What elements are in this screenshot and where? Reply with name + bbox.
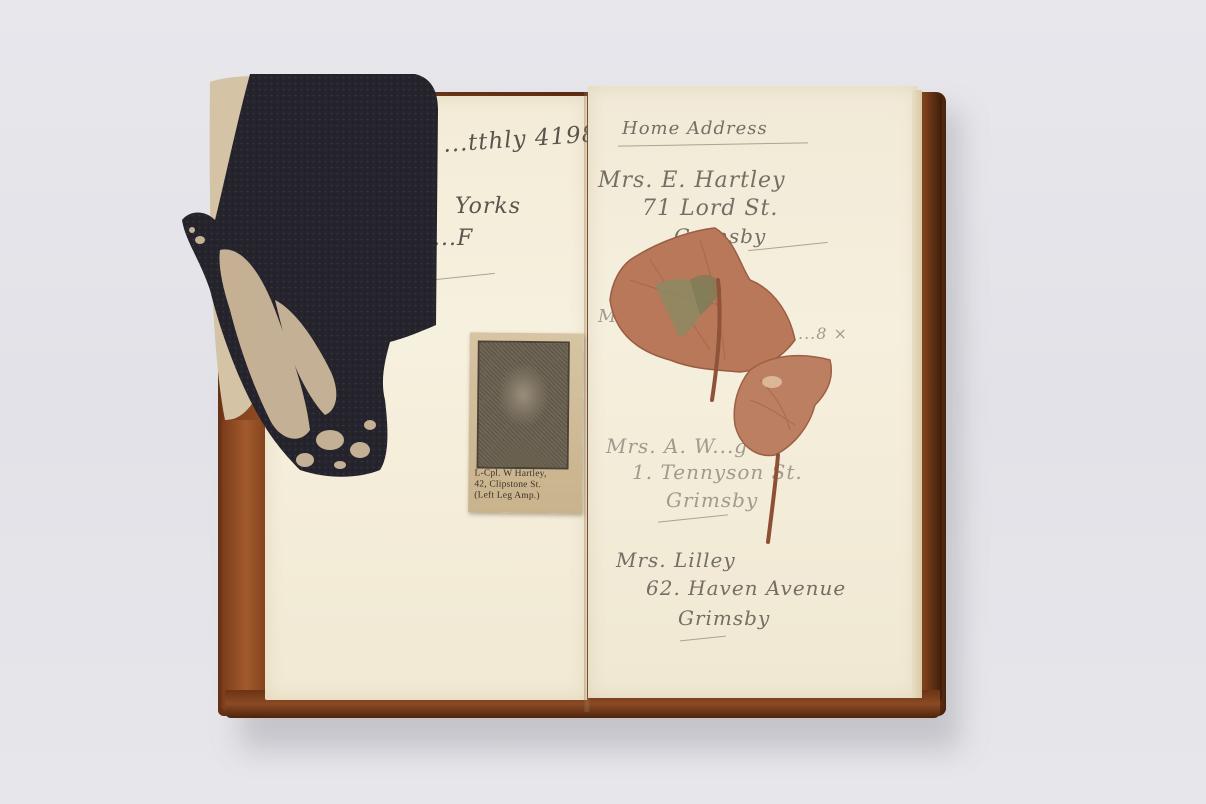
heading-underline xyxy=(618,142,808,146)
left-page-county: Yorks xyxy=(455,194,521,219)
entry-4-town: Grimsby xyxy=(678,606,770,630)
small-pressed-flower xyxy=(734,356,831,542)
entry-4-underline xyxy=(680,636,726,642)
newspaper-clipping: L-Cpl. W Hartley, 42, Clipstone St. (Lef… xyxy=(468,332,584,513)
torn-front-cover xyxy=(180,70,450,490)
pressed-flowers xyxy=(600,220,850,550)
entry-4-name: Mrs. Lilley xyxy=(616,548,736,572)
clipping-caption: L-Cpl. W Hartley, 42, Clipstone St. (Lef… xyxy=(474,468,578,502)
entry-1-name: Mrs. E. Hartley xyxy=(598,168,786,193)
soldier-portrait-photo xyxy=(477,340,570,469)
entry-4-street: 62. Haven Avenue xyxy=(646,576,846,600)
right-page-edge xyxy=(912,90,922,698)
caption-line-note: (Left Leg Amp.) xyxy=(474,490,578,502)
home-address-heading: Home Address xyxy=(622,118,768,139)
entry-1-street: 71 Lord St. xyxy=(642,196,778,221)
